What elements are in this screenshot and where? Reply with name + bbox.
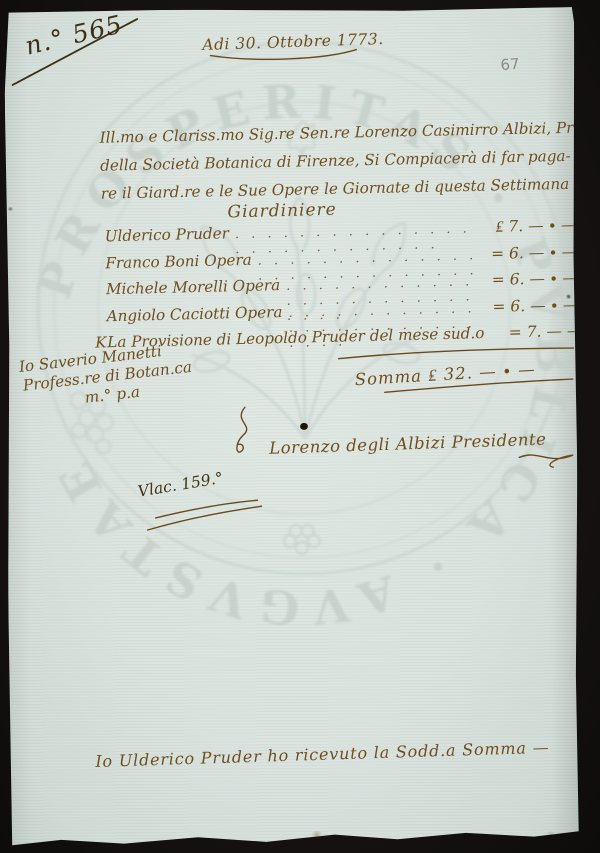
pencil-folio-number: 67	[500, 55, 520, 74]
stain	[7, 207, 13, 211]
entry-name: Ulderico Pruder	[104, 224, 235, 245]
attestation-flourish	[237, 407, 247, 452]
entry-amount: = 7. — —	[490, 322, 582, 342]
entry-name: Angiolo Caciotti Opera	[106, 302, 288, 324]
entry-amount: ₤ 7. — ∙ —	[484, 216, 576, 237]
body-paragraph: Ill.mo e Clariss.mo Sig.re Sen.re Lorenz…	[99, 114, 583, 208]
archival-underline-2	[148, 506, 262, 530]
stain	[310, 831, 324, 840]
ink-blot	[300, 423, 308, 430]
stain	[566, 294, 571, 299]
entry-amount: = 6. — ∙ —	[486, 295, 579, 315]
stain	[546, 831, 556, 839]
entry-amount: = 6. — ∙ —	[486, 269, 579, 289]
payroll-entries: Ulderico Pruder . . . . . . . . . . . . …	[92, 216, 579, 360]
manuscript-paper: PROSPERITAS · PVBLICA · AVGVSTAE	[4, 7, 580, 847]
section-heading: Giardiniere	[227, 200, 337, 223]
leader-dots: . . . . . . . . . . . . . . . . . . . . …	[288, 301, 487, 351]
entry-amount: = 6. — ∙ —	[485, 242, 578, 262]
signature-flourish	[519, 455, 573, 468]
